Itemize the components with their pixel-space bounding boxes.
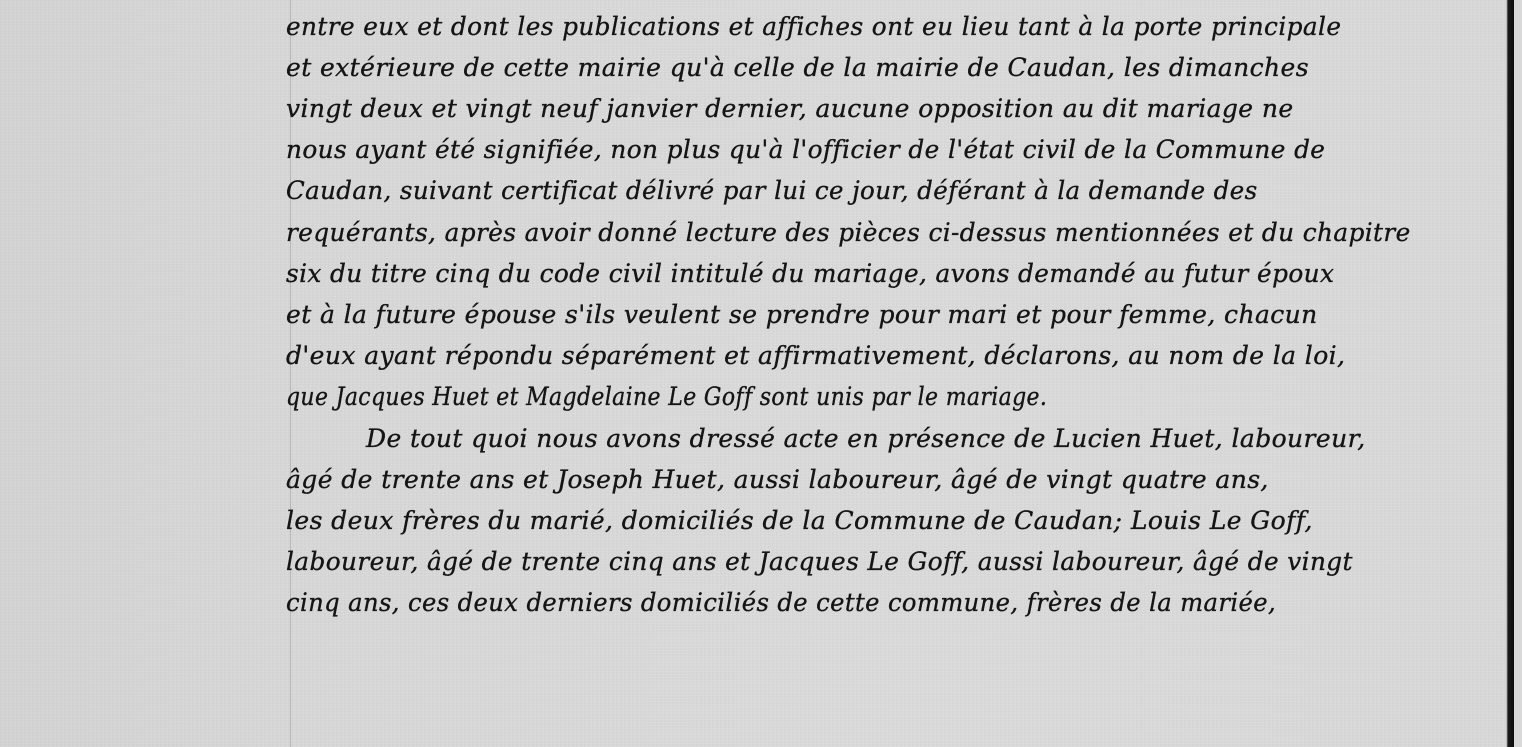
text-line-5: Caudan, suivant certificat délivré par l… xyxy=(286,176,1258,205)
text-line-11-paragraph-start: De tout quoi nous avons dressé acte en p… xyxy=(366,424,1366,453)
text-line-2: et extérieure de cette mairie qu'à celle… xyxy=(286,53,1309,82)
handwritten-text-block: entre eux et dont les publications et af… xyxy=(286,0,1508,747)
text-line-9: d'eux ayant répondu séparément et affirm… xyxy=(286,341,1345,370)
text-line-7: six du titre cinq du code civil intitulé… xyxy=(286,259,1334,288)
text-line-10: que Jacques Huet et Magdelaine Le Goff s… xyxy=(286,382,1047,411)
text-line-1: entre eux et dont les publications et af… xyxy=(286,12,1341,41)
text-line-13: les deux frères du marié, domiciliés de … xyxy=(286,506,1313,535)
text-line-14: laboureur, âgé de trente cinq ans et Jac… xyxy=(286,547,1353,576)
text-line-12: âgé de trente ans et Joseph Huet, aussi … xyxy=(286,465,1269,494)
page-edge-shadow xyxy=(1506,0,1514,747)
text-line-6: requérants, après avoir donné lecture de… xyxy=(286,218,1411,247)
text-line-3: vingt deux et vingt neuf janvier dernier… xyxy=(286,94,1294,123)
text-line-8: et à la future épouse s'ils veulent se p… xyxy=(286,300,1318,329)
scanned-register-page: entre eux et dont les publications et af… xyxy=(0,0,1514,747)
text-line-15: cinq ans, ces deux derniers domiciliés d… xyxy=(286,588,1276,617)
text-line-4: nous ayant été signifiée, non plus qu'à … xyxy=(286,135,1325,164)
